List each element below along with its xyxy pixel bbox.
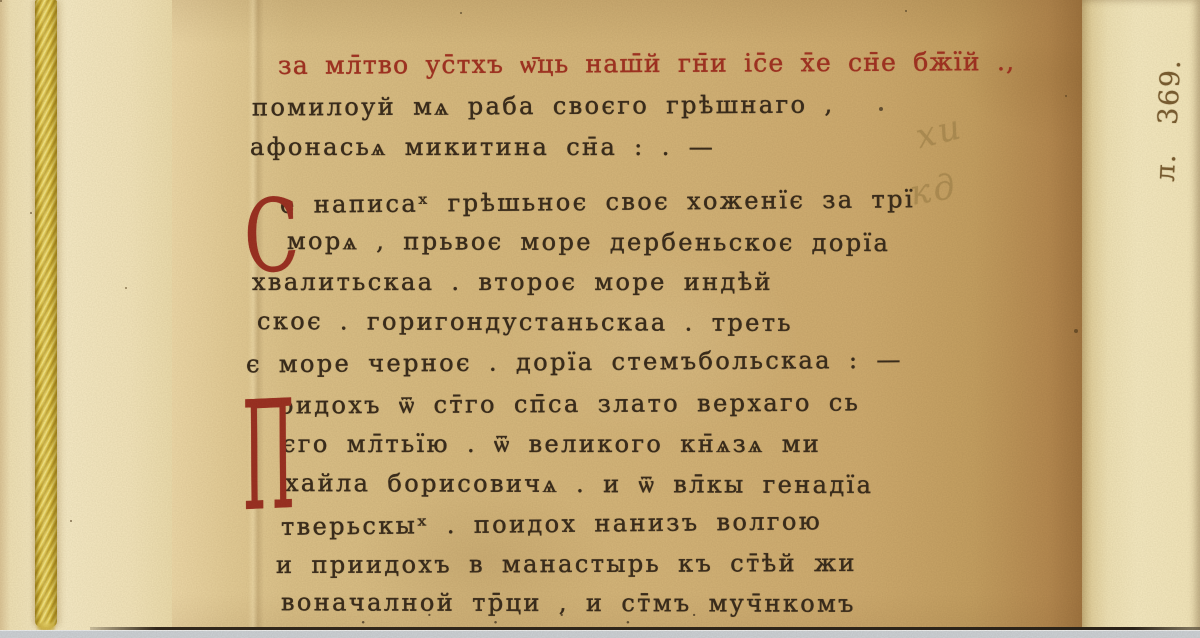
text-line: афонасьѧ микитина сн̄а : . — [250,127,715,167]
bookmark-ribbon [35,0,57,627]
text-line-rubric: за мл̄тво ус̄тхъ ѡ̄ць наш̄й гн̄и іс̄е х̄… [278,42,1015,86]
text-line: и приидохъ в манастырь къ ст̄ѣй жи [276,543,857,585]
text-line: е написаˣ грѣшьноє своє хоженїє за трї [280,179,915,225]
initial-letter-p: П [242,396,295,518]
margin-note: кд [907,166,961,214]
dust-specks [0,0,2,2]
text-line: хайла борисовичѧ . и ѿ вл̄кы генадїа [285,463,874,505]
text-line: помилоуй мѧ раба своєго грѣшнаго , [252,84,835,127]
bottom-gray-strip [0,630,1200,638]
text-line: є море черноє . дорїа стемъбольскаа : — [246,340,903,385]
text-line: скоє . горигондустаньскаа . треть [257,301,793,343]
text-line: хвалитьскаа . второє море индѣй [252,262,773,302]
manuscript-photo: за мл̄тво ус̄тхъ ѡ̄ць наш̄й гн̄и іс̄е х̄… [0,0,1200,638]
text-line: єго мл̄тьїю . ѿ великого кн̄ѧзѧ ми [282,424,821,464]
text-line: тверьскыˣ . поидох нанизъ волгою [281,501,822,547]
folio-number-label: л. 369. [1089,41,1200,199]
text-line: оидохъ ѿ ст̄го сп̄са злато верхаго сь [279,382,860,425]
initial-letter-s: С [243,195,300,278]
backing-paper-left [0,0,176,638]
text-line: морѧ , прьвоє море дербеньскоє дорїа [287,221,890,263]
